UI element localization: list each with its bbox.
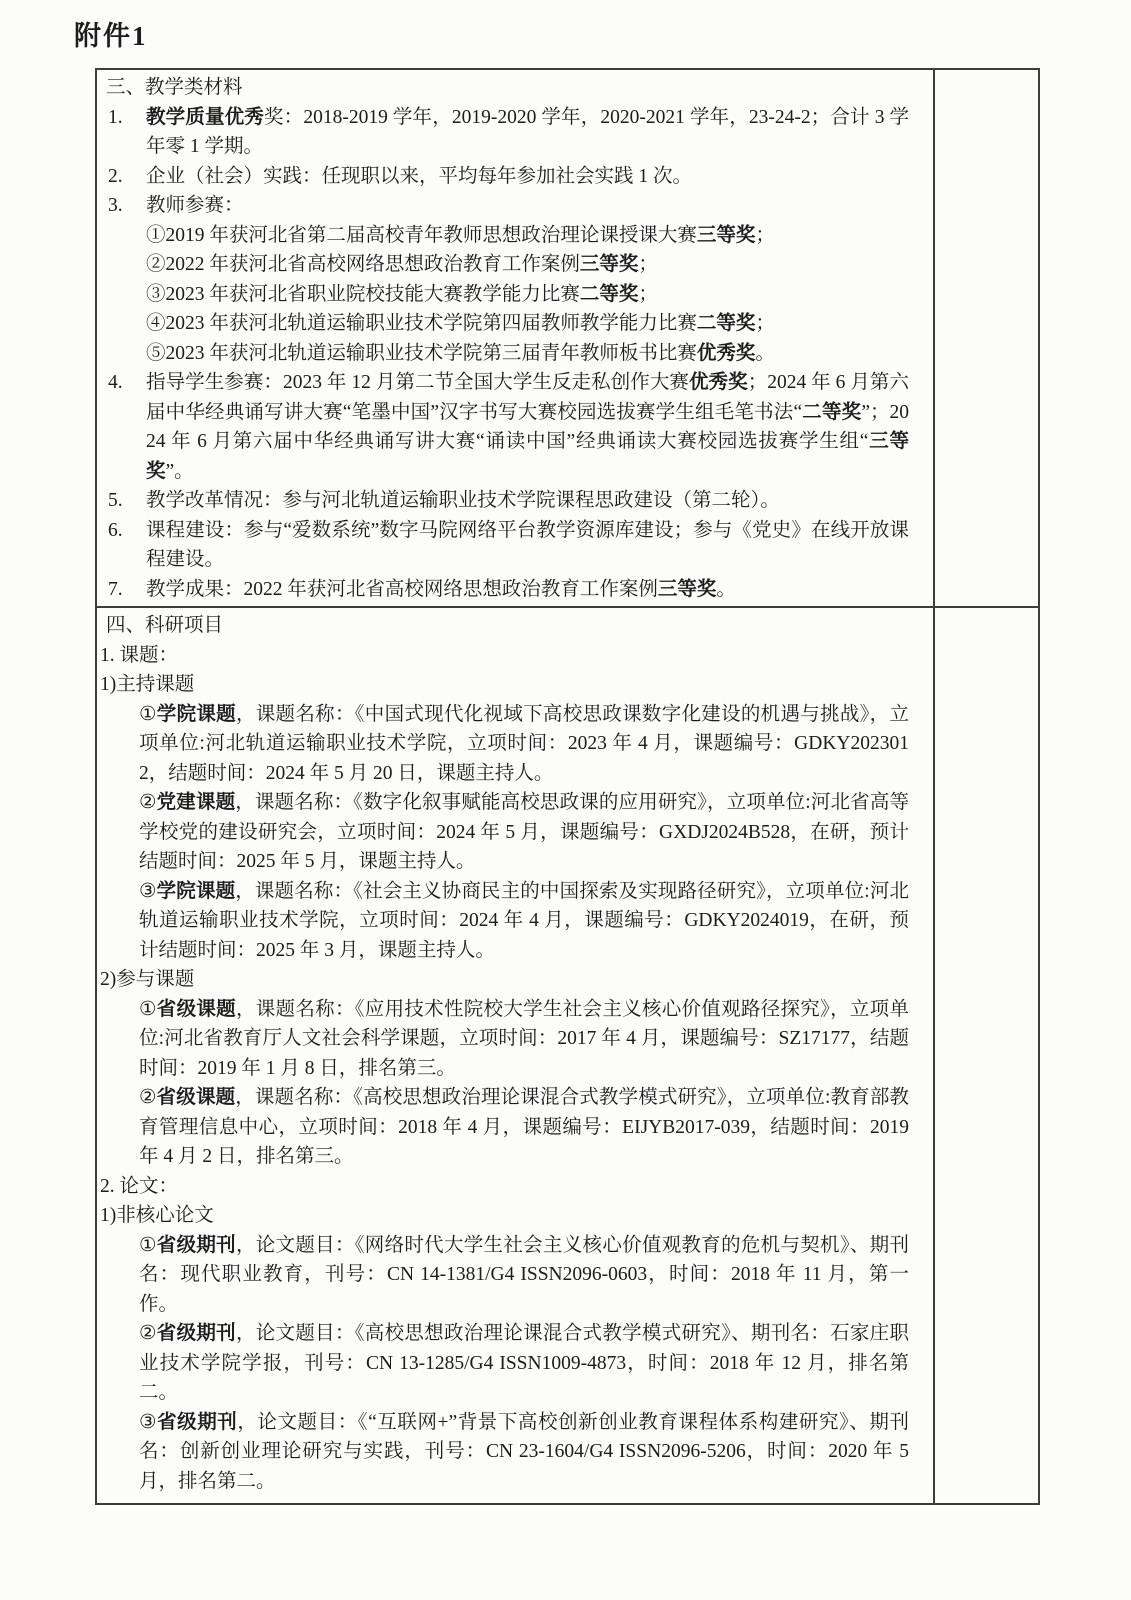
bold-award-text: 三等奖 <box>697 225 756 246</box>
bold-award-text: 省级期刊 <box>157 1323 236 1344</box>
list-number: 7. <box>108 575 123 605</box>
text-segment: 1)非核心论文 <box>100 1205 214 1226</box>
paragraph: ①省级课题，课题名称：《应用技术性院校大学生社会主义核心价值观路径探究》，立项单… <box>97 995 909 1084</box>
bold-award-text: 三等奖 <box>580 254 639 275</box>
text-segment: ② <box>139 1087 157 1108</box>
text-segment: 指导学生参赛：2023 年 12 月第二节全国大学生反走私创作大赛 <box>146 372 689 393</box>
paragraph: ③2023 年获河北省职业院校技能大赛教学能力比赛二等奖； <box>97 280 909 310</box>
paragraph: 2. 论文： <box>97 1172 909 1202</box>
text-segment: ②2022 年获河北省高校网络思想政治教育工作案例 <box>146 254 580 275</box>
list-number: 2. <box>108 162 123 192</box>
text-segment: 2)参与课题 <box>100 969 194 990</box>
bold-award-text: 学院课题 <box>157 881 236 902</box>
paragraph: ②党建课题，课题名称：《数字化叙事赋能高校思政课的应用研究》，立项单位:河北省高… <box>97 788 909 877</box>
paragraph: ②省级期刊，论文题目：《高校思想政治理论课混合式教学模式研究》、期刊名：石家庄职… <box>97 1319 909 1408</box>
text-segment: ，论文题目：《高校思想政治理论课混合式教学模式研究》、期刊名：石家庄职业技术学院… <box>139 1323 909 1403</box>
text-segment: ③ <box>139 881 157 902</box>
paragraph: ②2022 年获河北省高校网络思想政治教育工作案例三等奖； <box>97 250 909 280</box>
bold-award-text: 省级课题 <box>157 1087 236 1108</box>
paragraph: 3.教师参赛： <box>97 191 909 221</box>
list-number: 5. <box>108 486 123 516</box>
bold-award-text: 二等奖 <box>580 284 639 305</box>
paragraph: 2.企业（社会）实践：任现职以来，平均每年参加社会实践 1 次。 <box>97 162 909 192</box>
text-segment: 三、教学类材料 <box>106 77 243 98</box>
list-number: 3. <box>108 191 123 221</box>
bold-award-text: 省级期刊 <box>157 1412 237 1433</box>
bold-award-text: 省级课题 <box>157 999 236 1020</box>
paragraph: 7.教学成果：2022 年获河北省高校网络思想政治教育工作案例三等奖。 <box>97 575 909 605</box>
materials-table: 三、教学类材料1.教学质量优秀奖：2018-2019 学年，2019-2020 … <box>95 68 1040 1505</box>
text-segment: 2. 论文： <box>100 1176 178 1197</box>
text-segment: ④2023 年获河北轨道运输职业技术学院第四届教师教学能力比赛 <box>146 313 697 334</box>
text-segment: ，课题名称：《数字化叙事赋能高校思政课的应用研究》，立项单位:河北省高等学校党的… <box>139 792 909 872</box>
section-header: 三、教学类材料 <box>97 73 909 103</box>
bold-award-text: 二等奖 <box>802 402 861 423</box>
paragraph: ①2019 年获河北省第二届高校青年教师思想政治理论课授课大赛三等奖； <box>97 221 909 251</box>
text-segment: ”。 <box>166 461 194 482</box>
list-number: 6. <box>108 516 123 546</box>
text-segment: ； <box>638 254 658 275</box>
text-segment: 1)主持课题 <box>100 674 194 695</box>
text-segment: ① <box>139 999 157 1020</box>
paragraph: 1.教学质量优秀奖：2018-2019 学年，2019-2020 学年，2020… <box>97 103 909 162</box>
paragraph: ②省级课题，课题名称：《高校思想政治理论课混合式教学模式研究》，立项单位:教育部… <box>97 1083 909 1172</box>
text-segment: ； <box>755 225 775 246</box>
text-segment: ① <box>139 1235 157 1256</box>
text-segment: ，课题名称：《应用技术性院校大学生社会主义核心价值观路径探究》，立项单位:河北省… <box>139 999 909 1079</box>
text-segment: 四、科研项目 <box>106 615 223 636</box>
text-segment: 教学成果：2022 年获河北省高校网络思想政治教育工作案例 <box>146 579 658 600</box>
text-segment: 1. 课题： <box>100 645 178 666</box>
text-segment: ，课题名称：《社会主义协商民主的中国探索及实现路径研究》，立项单位:河北轨道运输… <box>139 881 909 961</box>
bold-award-text: 优秀奖 <box>697 343 756 364</box>
text-segment: ，论文题目：《网络时代大学生社会主义核心价值观教育的危机与契机》、期刊名：现代职… <box>139 1235 909 1315</box>
paragraph: 1)主持课题 <box>97 670 909 700</box>
teaching-materials-section: 三、教学类材料1.教学质量优秀奖：2018-2019 学年，2019-2020 … <box>97 70 933 606</box>
bold-award-text: 学院课题 <box>157 704 236 725</box>
teaching-materials-cell: 三、教学类材料1.教学质量优秀奖：2018-2019 学年，2019-2020 … <box>96 69 934 607</box>
paragraph: ③省级期刊，论文题目：《“互联网+”背景下高校创新创业教育课程体系构建研究》、期… <box>97 1408 909 1497</box>
bold-award-text: 优秀奖 <box>689 372 748 393</box>
text-segment: ①2019 年获河北省第二届高校青年教师思想政治理论课授课大赛 <box>146 225 697 246</box>
bold-award-text: 党建课题 <box>157 792 236 813</box>
text-segment: ，课题名称：《中国式现代化视域下高校思政课数字化建设的机遇与挑战》，立项单位:河… <box>139 704 909 784</box>
paragraph: 6.课程建设：参与“爱数系统”数字马院网络平台教学资源库建设；参与《党史》在线开… <box>97 516 909 575</box>
scanned-document-page: { "page": { "title": "附件1" }, "table": {… <box>0 0 1131 1600</box>
bold-award-text: 教学质量优秀 <box>146 107 264 128</box>
bold-award-text: 二等奖 <box>697 313 756 334</box>
bold-award-text: 省级期刊 <box>157 1235 236 1256</box>
text-segment: ； <box>638 284 658 305</box>
paragraph: 1)非核心论文 <box>97 1201 909 1231</box>
paragraph: 4.指导学生参赛：2023 年 12 月第二节全国大学生反走私创作大赛优秀奖；2… <box>97 368 909 486</box>
paragraph: ①省级期刊，论文题目：《网络时代大学生社会主义核心价值观教育的危机与契机》、期刊… <box>97 1231 909 1320</box>
text-segment: 课程建设：参与“爱数系统”数字马院网络平台教学资源库建设；参与《党史》在线开放课… <box>146 520 909 571</box>
text-segment: 。 <box>716 579 736 600</box>
paragraph: 1. 课题： <box>97 641 909 671</box>
list-number: 1. <box>108 103 123 133</box>
text-segment: ； <box>755 313 775 334</box>
bold-award-text: 三等奖 <box>658 579 717 600</box>
text-segment: ⑤2023 年获河北轨道运输职业技术学院第三届青年教师板书比赛 <box>146 343 697 364</box>
research-projects-cell: 四、科研项目1. 课题：1)主持课题①学院课题，课题名称：《中国式现代化视域下高… <box>96 607 934 1504</box>
text-segment: ，论文题目：《“互联网+”背景下高校创新创业教育课程体系构建研究》、期刊名：创新… <box>139 1412 909 1492</box>
text-segment: ① <box>139 704 157 725</box>
table-row: 三、教学类材料1.教学质量优秀奖：2018-2019 学年，2019-2020 … <box>96 69 1039 607</box>
text-segment: 教学改革情况：参与河北轨道运输职业技术学院课程思政建设（第二轮）。 <box>146 490 780 511</box>
text-segment: ③2023 年获河北省职业院校技能大赛教学能力比赛 <box>146 284 580 305</box>
text-segment: 教师参赛： <box>146 195 244 216</box>
paragraph: 5.教学改革情况：参与河北轨道运输职业技术学院课程思政建设（第二轮）。 <box>97 486 909 516</box>
text-segment: 。 <box>755 343 775 364</box>
paragraph: ③学院课题，课题名称：《社会主义协商民主的中国探索及实现路径研究》，立项单位:河… <box>97 877 909 966</box>
text-segment: ② <box>139 1323 157 1344</box>
paragraph: ①学院课题，课题名称：《中国式现代化视域下高校思政课数字化建设的机遇与挑战》，立… <box>97 700 909 789</box>
text-segment: ② <box>139 792 157 813</box>
research-projects-section: 四、科研项目1. 课题：1)主持课题①学院课题，课题名称：《中国式现代化视域下高… <box>97 608 933 1498</box>
paragraph: ④2023 年获河北轨道运输职业技术学院第四届教师教学能力比赛二等奖； <box>97 309 909 339</box>
paragraph: ⑤2023 年获河北轨道运输职业技术学院第三届青年教师板书比赛优秀奖。 <box>97 339 909 369</box>
section-header: 四、科研项目 <box>97 611 909 641</box>
paragraph: 2)参与课题 <box>97 965 909 995</box>
empty-score-cell-teaching <box>934 69 1039 607</box>
empty-score-cell-research <box>934 607 1039 1504</box>
attachment-title: 附件1 <box>74 14 148 53</box>
list-number: 4. <box>108 368 123 398</box>
text-segment: 企业（社会）实践：任现职以来，平均每年参加社会实践 1 次。 <box>146 166 692 187</box>
text-segment: ③ <box>139 1412 157 1433</box>
text-segment: ，课题名称：《高校思想政治理论课混合式教学模式研究》，立项单位:教育部教育管理信… <box>139 1087 909 1167</box>
table-row: 四、科研项目1. 课题：1)主持课题①学院课题，课题名称：《中国式现代化视域下高… <box>96 607 1039 1504</box>
